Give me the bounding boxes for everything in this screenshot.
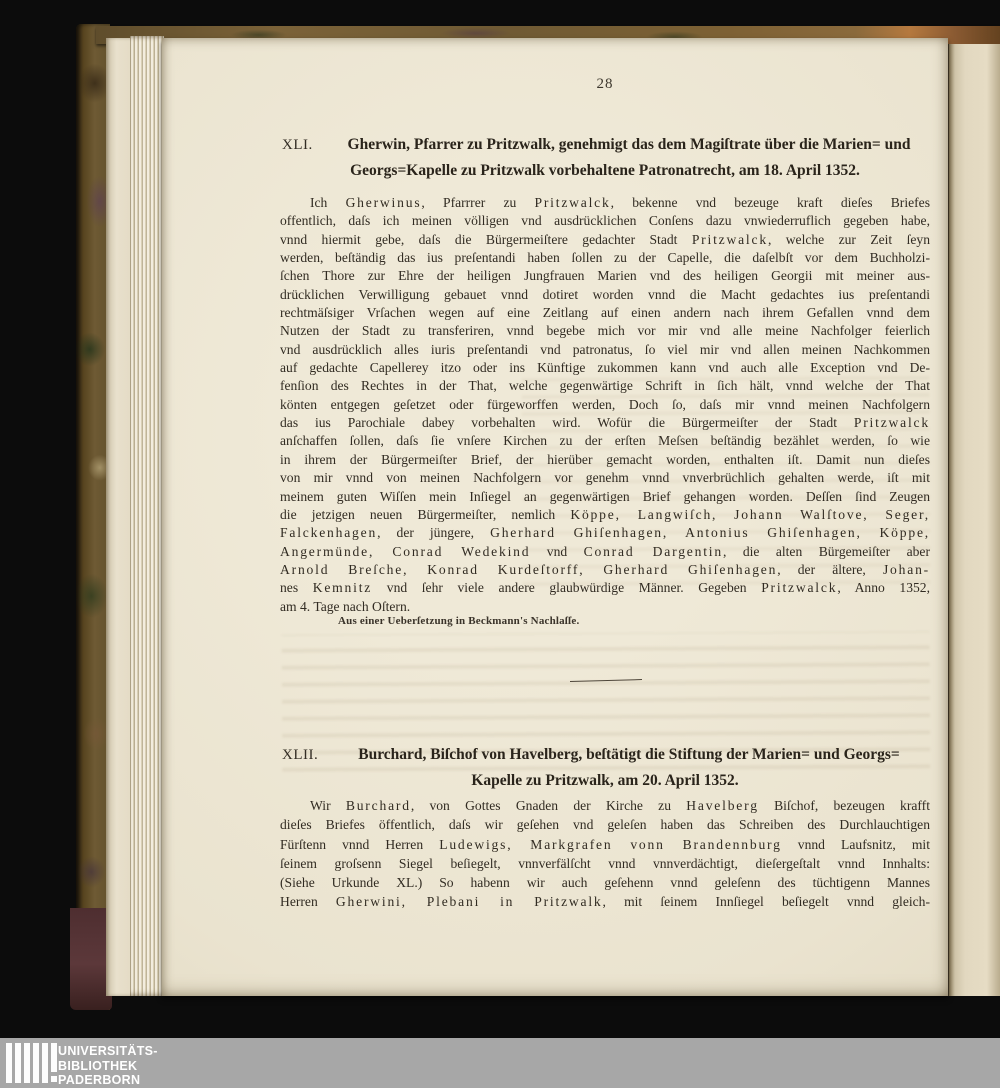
text-line: vnd ausdrücklich alles iuris preſentandi…	[280, 341, 930, 359]
section-divider-rule	[570, 679, 642, 682]
heading-line: Gherwin, Pfarrer zu Pritzwalk, genehmigt…	[280, 132, 930, 158]
page-number: 28	[280, 76, 930, 93]
heading-line: Kapelle zu Pritzwalk, am 20. April 1352.	[280, 768, 930, 794]
text-line: (Siehe Urkunde XL.) So habenn wir auch g…	[280, 873, 930, 892]
text-line: das ius Parochiale dabey vorbehalten wir…	[280, 414, 930, 432]
text-line: Angermünde, Conrad Wedekind vnd Conrad D…	[280, 543, 930, 561]
library-name: UNIVERSITÄTS- BIBLIOTHEK PADERBORN	[58, 1044, 158, 1088]
text-line: auf gedachte Capellerey itzo oder ins Kü…	[280, 359, 930, 377]
text-line: rechtmäſsiger Vrſachen wegen auf eine Ze…	[280, 304, 930, 322]
text-line: Ich Gherwinus, Pfarrrer zu Pritzwalck, b…	[280, 194, 930, 212]
text-line: werden, beſtändig das ius preſentandi ha…	[280, 249, 930, 267]
section-xli-heading: XLI. Gherwin, Pfarrer zu Pritzwalk, gene…	[280, 132, 930, 184]
section-xlii-number: XLII.	[282, 742, 318, 768]
text-line: anſchaffen ſollen, daſs ſie vnſere Kirch…	[280, 432, 930, 450]
source-footnote: Aus einer Ueberſetzung in Beckmann's Nac…	[338, 615, 579, 627]
section-xlii-heading: XLII. Burchard, Biſchof von Havelberg, b…	[280, 742, 930, 794]
logo-bar	[6, 1043, 12, 1083]
page-stack-edges	[130, 36, 164, 996]
text-line: Fürſtenn vnnd Herren Ludewigs, Markgrafe…	[280, 835, 930, 854]
section-xlii-body: Wir Burchard, von Gottes Gnaden der Kirc…	[280, 796, 930, 912]
text-line: drücklichen Verwilligung gebauet vnnd do…	[280, 286, 930, 304]
text-line: meinem guten Wiſſen mein Inſiegel an geg…	[280, 488, 930, 506]
facing-page-edge	[946, 44, 1000, 996]
section-xli-number: XLI.	[282, 132, 313, 158]
text-line: ſeinem groſsenn Siegel beſiegelt, vnnver…	[280, 854, 930, 873]
logo-bar	[15, 1043, 21, 1083]
library-name-line: PADERBORN	[58, 1073, 158, 1088]
book-scan-view: { "page_number": "28", "sections": [ { "…	[0, 0, 1000, 1088]
heading-line: Georgs=Kapelle zu Pritzwalk vorbehaltene…	[280, 158, 930, 184]
library-name-line: UNIVERSITÄTS-	[58, 1044, 158, 1059]
book-cover-marbled-edge	[76, 24, 110, 1010]
text-line: am 4. Tage nach Oſtern.	[280, 598, 930, 616]
text-line: Nutzen der Stadt zu transferiren, vnnd b…	[280, 322, 930, 340]
text-line: vnnd hiermit gebe, daſs die Bürgermeiſte…	[280, 231, 930, 249]
text-line: ſchen Thore zur Ehre der heiligen Jungfr…	[280, 267, 930, 285]
text-line: offentlich, daſs ich meinen völligen vnd…	[280, 212, 930, 230]
text-line: könten entgegen geſetzet oder fürgeworff…	[280, 396, 930, 414]
text-line: dieſes Briefes öffentlich, daſs wir geſe…	[280, 815, 930, 834]
book-page: 28 XLI. Gherwin, Pfarrer zu Pritzwalk, g…	[162, 38, 948, 996]
text-line: die jetzigen neuen Bürgermeiſter, nemlic…	[280, 506, 930, 524]
text-line: von mir vnnd von meinen Nachfolgern vor …	[280, 469, 930, 487]
logo-bar	[24, 1043, 30, 1083]
flyleaf-edge	[106, 38, 132, 996]
text-line: Herren Gherwini, Plebani in Pritzwalk, m…	[280, 892, 930, 911]
library-name-line: BIBLIOTHEK	[58, 1059, 158, 1074]
logo-bar	[33, 1043, 39, 1083]
logo-bar	[42, 1043, 48, 1083]
ub-paderborn-logo-icon	[6, 1043, 57, 1083]
text-line: Wir Burchard, von Gottes Gnaden der Kirc…	[280, 796, 930, 815]
text-line: fenſion des Rechtes in der That, welche …	[280, 377, 930, 395]
text-line: Arnold Breſche, Konrad Kurdeſtorff, Gher…	[280, 561, 930, 579]
text-line: nes Kemnitz vnd ſehr viele andere glaubw…	[280, 579, 930, 597]
heading-line: Burchard, Biſchof von Havelberg, beſtäti…	[280, 742, 930, 768]
section-xli-body: Ich Gherwinus, Pfarrrer zu Pritzwalck, b…	[280, 194, 930, 616]
text-line: in ihrem der Bürgermeiſter Brief, der hi…	[280, 451, 930, 469]
text-line: Falckenhagen, der jüngere, Gherhard Ghiſ…	[280, 524, 930, 542]
library-watermark-bar: UNIVERSITÄTS- BIBLIOTHEK PADERBORN	[0, 1038, 1000, 1088]
logo-exclamation	[51, 1043, 57, 1083]
